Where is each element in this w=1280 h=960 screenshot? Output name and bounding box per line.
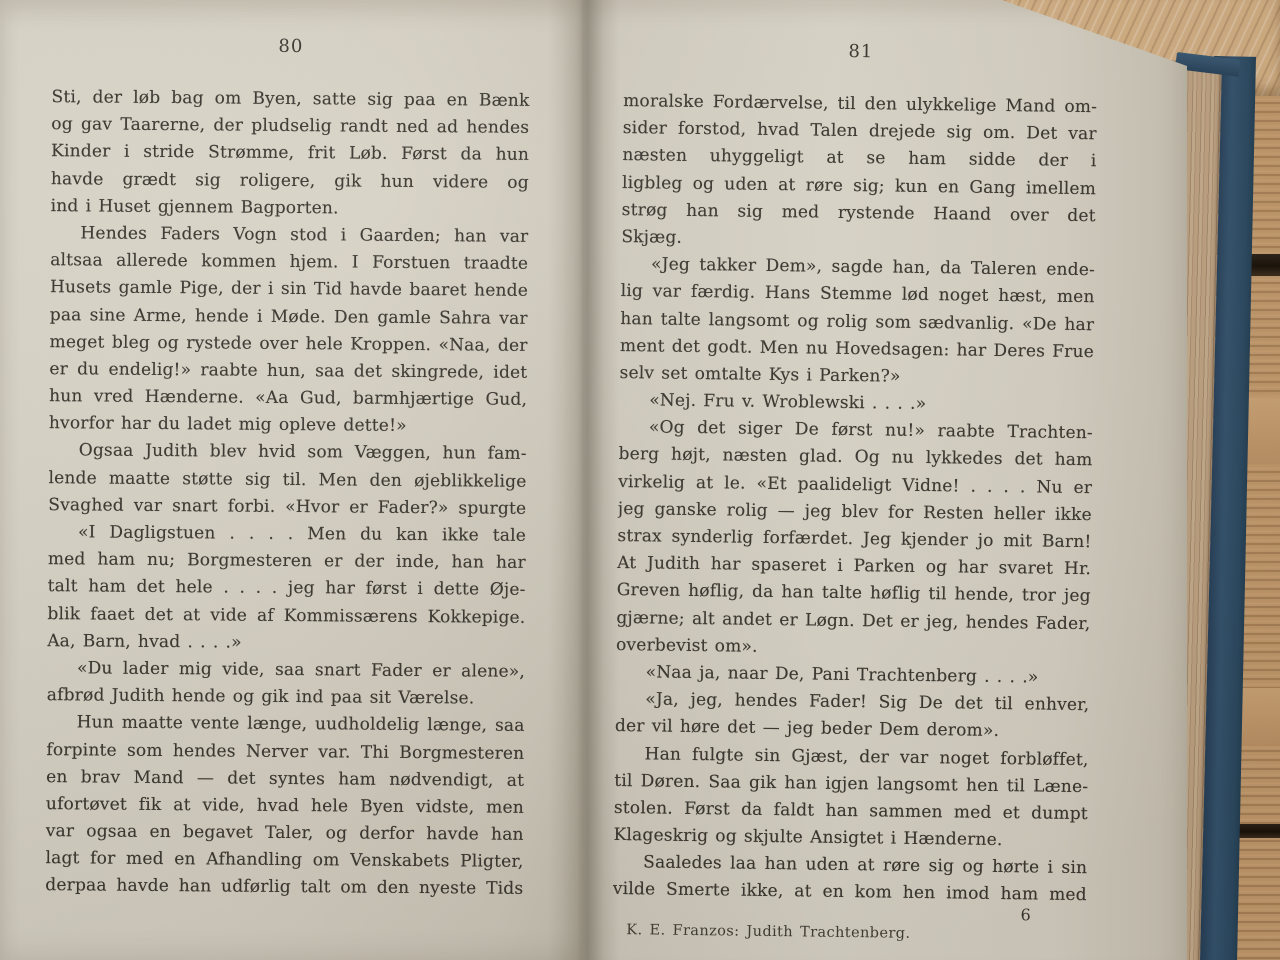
wood-plank-gap <box>1236 824 1280 838</box>
text-line: og gav Taarerne, der pludselig randt ned… <box>51 111 529 142</box>
text-line: var ogsaa en begavet Taler, og derfor ha… <box>46 818 524 849</box>
running-footer: K. E. Franzos: Judith Trachtenberg. <box>626 922 910 942</box>
text-line: Aa, Barn, hvad . . . .» <box>47 628 525 659</box>
text-line: Sti, der løb bag om Byen, satte sig paa … <box>51 84 529 115</box>
text-line: hvorfor har du ladet mig opleve dette!» <box>49 410 527 441</box>
text-line: «Du lader mig vide, saa snart Fader er a… <box>47 655 525 686</box>
text-line: hun vred Hænderne. «Aa Gud, barmhjærtige… <box>49 383 527 414</box>
text-line: en brav Mand — det syntes ham nødvendigt… <box>46 764 524 795</box>
text-line: lende maatte støtte sig til. Men den øje… <box>48 465 526 496</box>
text-line: Svaghed var snart forbi. «Hvor er Fader?… <box>48 492 526 523</box>
text-line: Hendes Faders Vogn stod i Gaarden; han v… <box>50 220 528 251</box>
text-line: vilde Smerte ikke, at en kom hen imod ha… <box>613 876 1087 909</box>
text-line: ufortøvet fik at vide, hvad hele Byen vi… <box>46 791 524 822</box>
text-line: lagt for med en Afhandling om Venskabets… <box>45 845 523 876</box>
wood-plank <box>1236 688 1280 746</box>
text-line: altsaa allerede kommen hjem. I Forstuen … <box>50 247 528 278</box>
text-line: Kinder i stride Strømme, frit Løb. Først… <box>51 138 529 169</box>
text-line: ind i Huset gjennem Bagporten. <box>51 193 529 224</box>
text-line: blik faaet det at vide af Kommissærens K… <box>47 601 525 632</box>
text-line: med ham nu; Borgmesteren er der inde, ha… <box>48 546 526 577</box>
book-photo: { "colors": { "page_paper": "#d8d3c6", "… <box>0 0 1280 960</box>
text-line: derpaa havde han udførlig talt om den ny… <box>45 873 523 904</box>
text-line: paa sine Arme, hende i Møde. Den gamle S… <box>50 302 528 333</box>
text-line: havde grædt sig roligere, gik hun videre… <box>51 166 529 197</box>
text-line: afbrød Judith hende og gik ind paa sit V… <box>47 682 525 713</box>
right-page-text-column: moralske Fordærvelse, til den ulykkelige… <box>613 88 1098 910</box>
text-line: Husets gamle Pige, der i sin Tid havde b… <box>50 274 528 305</box>
text-line: forpinte som hendes Nerver var. Thi Borg… <box>46 737 524 768</box>
left-page: 80 Sti, der løb bag om Byen, satte sig p… <box>0 0 582 960</box>
text-line: er du endelig!» raabte hun, saa det skin… <box>49 356 527 387</box>
text-line: talt ham det hele . . . . jeg har først … <box>48 573 526 604</box>
right-page: 81 moralske Fordærvelse, til den ulykkel… <box>582 0 1187 960</box>
text-line: meget bleg og rystede over hele Kroppen.… <box>49 329 527 360</box>
page-number-left: 80 <box>52 34 530 88</box>
text-line: Hun maatte vente længe, uudholdelig læng… <box>46 709 524 740</box>
text-line: Ogsaa Judith blev hvid som Væggen, hun f… <box>49 438 527 469</box>
text-line: «I Dagligstuen . . . . Men du kan ikke t… <box>48 519 526 550</box>
signature-mark: 6 <box>1020 905 1030 924</box>
page-number-right: 81 <box>623 38 1098 94</box>
left-page-text-column: Sti, der løb bag om Byen, satte sig paa … <box>45 84 529 903</box>
